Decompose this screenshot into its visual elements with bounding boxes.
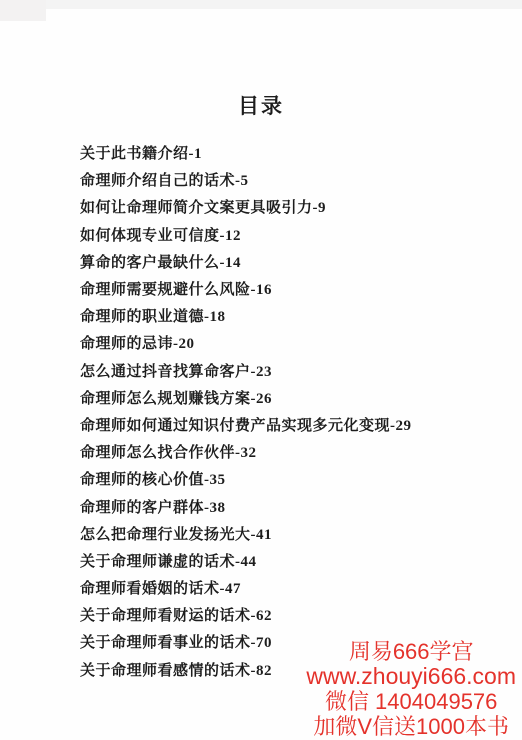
toc-entry: 命理师看婚姻的话术-47 xyxy=(80,574,482,601)
toc-entry: 关于命理师看财运的话术-62 xyxy=(80,601,482,628)
toc-entry: 关于命理师谦虚的话术-44 xyxy=(80,547,482,574)
toc-entry: 命理师的核心价值-35 xyxy=(80,465,482,492)
toc-list: 关于此书籍介绍-1命理师介绍自己的话术-5如何让命理师简介文案更具吸引力-9如何… xyxy=(80,139,482,683)
document-page: 目录 关于此书籍介绍-1命理师介绍自己的话术-5如何让命理师简介文案更具吸引力-… xyxy=(0,0,522,740)
watermark-site-url: www.zhouyi666.com xyxy=(306,664,516,689)
toc-entry: 如何让命理师简介文案更具吸引力-9 xyxy=(80,193,482,220)
toc-entry: 如何体现专业可信度-12 xyxy=(80,221,482,248)
watermark-site-name: 周易666学宫 xyxy=(306,639,516,664)
toc-entry: 怎么通过抖音找算命客户-23 xyxy=(80,357,482,384)
toc-entry: 命理师的忌讳-20 xyxy=(80,329,482,356)
toc-entry: 命理师需要规避什么风险-16 xyxy=(80,275,482,302)
watermark-wechat-id: 微信 1404049576 xyxy=(306,689,516,714)
toc-entry: 命理师怎么规划赚钱方案-26 xyxy=(80,384,482,411)
page-top-edge xyxy=(0,0,522,9)
watermark: 周易666学宫 www.zhouyi666.com 微信 1404049576 … xyxy=(306,639,516,739)
watermark-promo-text: 加微V信送1000本书 xyxy=(306,714,516,739)
toc-entry: 命理师怎么找合作伙伴-32 xyxy=(80,438,482,465)
page-title: 目录 xyxy=(0,90,522,120)
toc-entry: 命理师如何通过知识付费产品实现多元化变现-29 xyxy=(80,411,482,438)
toc-entry: 命理师的客户群体-38 xyxy=(80,492,482,519)
toc-entry: 命理师介绍自己的话术-5 xyxy=(80,166,482,193)
toc-entry: 算命的客户最缺什么-14 xyxy=(80,248,482,275)
toc-entry: 命理师的职业道德-18 xyxy=(80,302,482,329)
toc-entry: 关于此书籍介绍-1 xyxy=(80,139,482,166)
toc-entry: 怎么把命理行业发扬光大-41 xyxy=(80,520,482,547)
page-top-left-corner xyxy=(0,0,46,21)
